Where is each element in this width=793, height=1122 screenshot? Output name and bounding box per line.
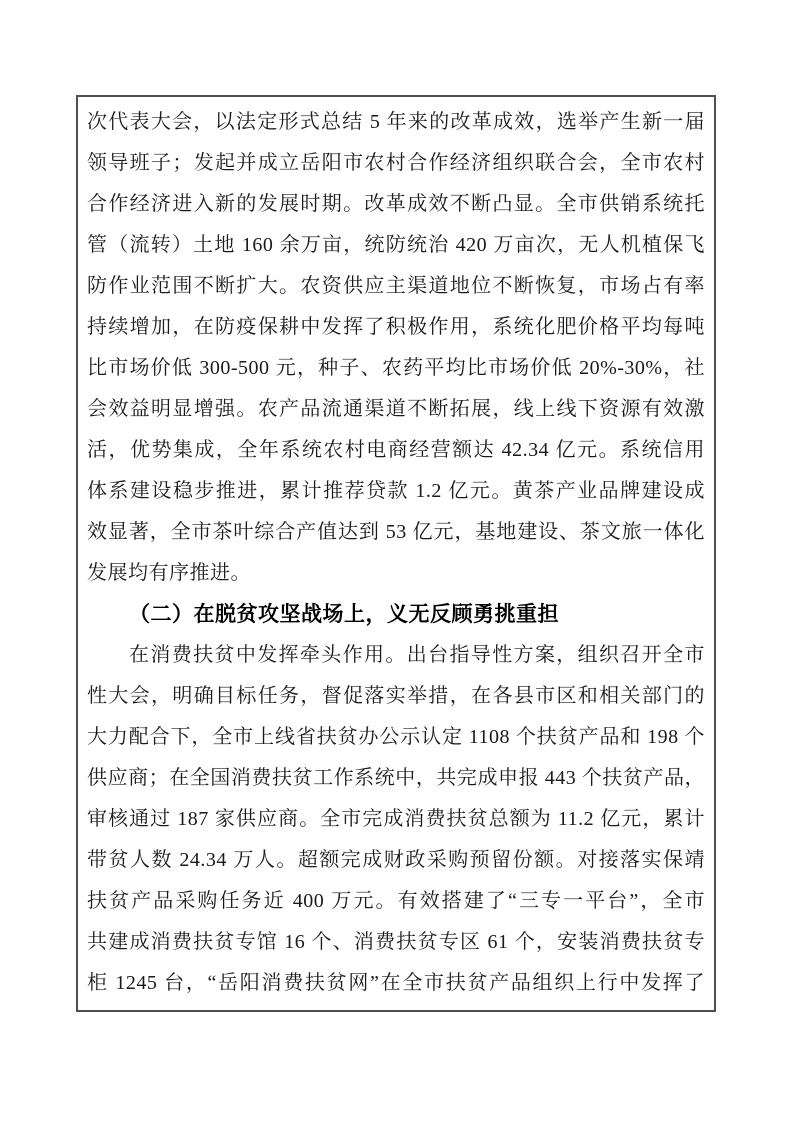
body-line: 活，优势集成，全年系统农村电商经营额达 42.34 亿元。系统信用 bbox=[87, 430, 705, 471]
body-line: 防作业范围不断扩大。农资供应主渠道地位不断恢复，市场占有率 bbox=[87, 266, 705, 307]
body-line: 审核通过 187 家供应商。全市完成消费扶贫总额为 11.2 亿元，累计 bbox=[87, 799, 705, 840]
body-line: 次代表大会，以法定形式总结 5 年来的改革成效，选举产生新一届 bbox=[87, 102, 705, 143]
document-page: 次代表大会，以法定形式总结 5 年来的改革成效，选举产生新一届 领导班子；发起并… bbox=[0, 0, 793, 1122]
body-line: 会效益明显增强。农产品流通渠道不断拓展，线上线下资源有效激 bbox=[87, 389, 705, 430]
body-line: 持续增加，在防疫保耕中发挥了积极作用，系统化肥价格平均每吨 bbox=[87, 307, 705, 348]
body-line: 比市场价低 300-500 元，种子、农药平均比市场价低 20%-30%，社 bbox=[87, 348, 705, 389]
body-line: 性大会，明确目标任务，督促落实举措，在各县市区和相关部门的 bbox=[87, 676, 705, 717]
body-line: 共建成消费扶贫专馆 16 个、消费扶贫专区 61 个，安装消费扶贫专 bbox=[87, 922, 705, 963]
body-line: 大力配合下，全市上线省扶贫办公示认定 1108 个扶贫产品和 198 个 bbox=[87, 717, 705, 758]
body-line: 扶贫产品采购任务近 400 万元。有效搭建了“三专一平台”，全市 bbox=[87, 881, 705, 922]
section-2-heading: （二）在脱贫攻坚战场上，义无反顾勇挑重担 bbox=[87, 594, 705, 635]
body-line: 发展均有序推进。 bbox=[87, 553, 705, 594]
body-line: 带贫人数 24.34 万人。超额完成财政采购预留份额。对接落实保靖 bbox=[87, 840, 705, 881]
body-line: 柜 1245 台，“岳阳消费扶贫网”在全市扶贫产品组织上行中发挥了 bbox=[87, 963, 705, 1004]
body-line: 供应商；在全国消费扶贫工作系统中，共完成申报 443 个扶贫产品， bbox=[87, 758, 705, 799]
body-line: 在消费扶贫中发挥牵头作用。出台指导性方案，组织召开全市 bbox=[87, 635, 705, 676]
body-line: 效显著，全市茶叶综合产值达到 53 亿元，基地建设、茶文旅一体化 bbox=[87, 512, 705, 553]
page-border-frame: 次代表大会，以法定形式总结 5 年来的改革成效，选举产生新一届 领导班子；发起并… bbox=[76, 95, 716, 1012]
body-line: 管（流转）土地 160 余万亩，统防统治 420 万亩次，无人机植保飞 bbox=[87, 225, 705, 266]
body-line: 体系建设稳步推进，累计推荐贷款 1.2 亿元。黄茶产业品牌建设成 bbox=[87, 471, 705, 512]
body-line: 合作经济进入新的发展时期。改革成效不断凸显。全市供销系统托 bbox=[87, 184, 705, 225]
body-line: 领导班子；发起并成立岳阳市农村合作经济组织联合会，全市农村 bbox=[87, 143, 705, 184]
